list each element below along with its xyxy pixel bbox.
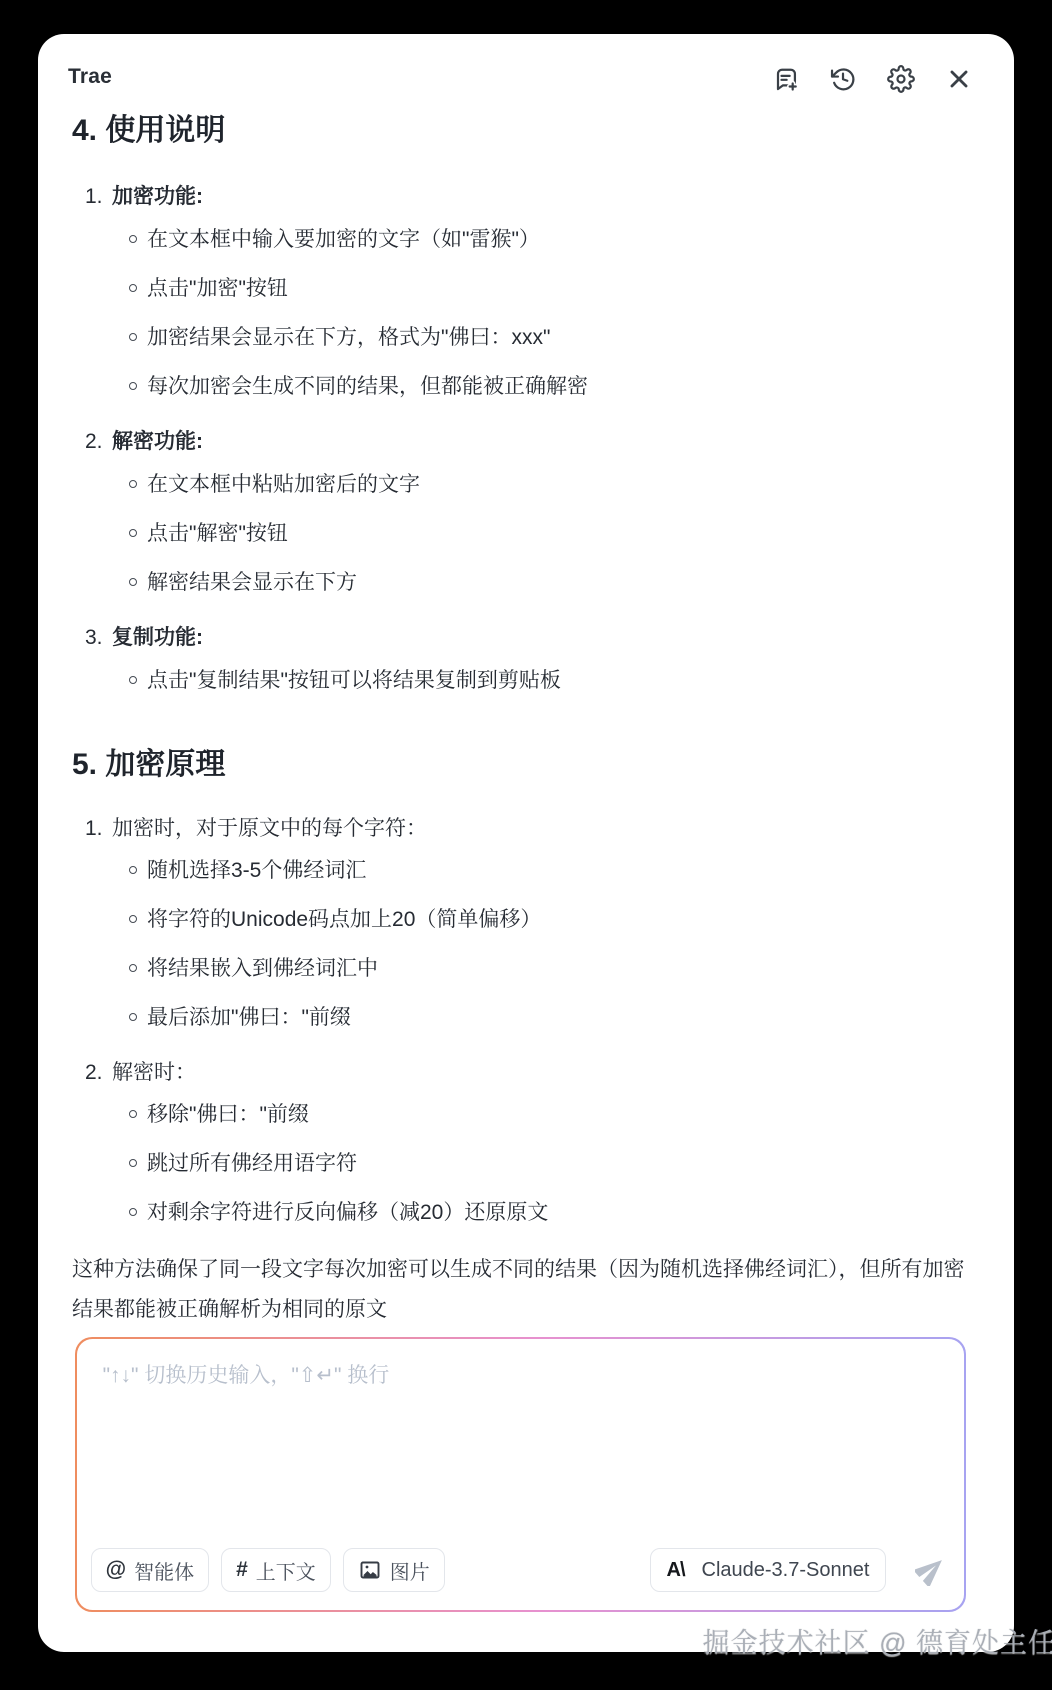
list-item-number: 2.: [85, 427, 112, 457]
list-item-number: 1.: [85, 814, 112, 844]
list-item-head: 1.加密功能:: [85, 182, 980, 212]
bullet-list: 点击"复制结果"按钮可以将结果复制到剪贴板: [85, 666, 980, 696]
send-button[interactable]: [914, 1553, 948, 1587]
bullet-icon: [129, 333, 137, 341]
bullet-item: 在文本框中输入要加密的文字（如"雷猴"）: [85, 225, 980, 255]
bullet-text: 最后添加"佛曰："前缀: [147, 1003, 351, 1033]
anthropic-logo-icon: A\: [667, 1559, 685, 1582]
bullet-list: 移除"佛曰："前缀跳过所有佛经用语字符对剩余字符进行反向偏移（减20）还原原文: [85, 1100, 980, 1228]
trae-chat-window: Trae: [38, 34, 1014, 1652]
image-icon: [358, 1558, 382, 1582]
model-name: Claude-3.7-Sonnet: [702, 1559, 870, 1582]
bullet-icon: [129, 284, 137, 292]
bullet-item: 点击"解密"按钮: [85, 519, 980, 549]
section-heading: 4. 使用说明: [72, 110, 980, 152]
list-item-number: 1.: [85, 182, 112, 212]
bullet-item: 每次加密会生成不同的结果，但都能被正确解密: [85, 372, 980, 402]
bullet-item: 将结果嵌入到佛经词汇中: [85, 954, 980, 984]
composer-button-label: 上下文: [256, 1556, 316, 1585]
list-item-head: 2.解密时：: [85, 1058, 980, 1088]
bullet-icon: [129, 676, 137, 684]
bullet-item: 解密结果会显示在下方: [85, 568, 980, 598]
section-heading: 5. 加密原理: [72, 744, 980, 786]
list-item-label: 加密时，对于原文中的每个字符：: [112, 814, 427, 844]
paper-plane-icon: [915, 1554, 947, 1586]
bullet-item: 将字符的Unicode码点加上20（简单偏移）: [85, 905, 980, 935]
bullet-icon: [129, 964, 137, 972]
bullet-icon: [129, 1159, 137, 1167]
bullet-text: 点击"解密"按钮: [147, 519, 288, 549]
bullet-text: 跳过所有佛经用语字符: [147, 1149, 357, 1179]
bullet-text: 将字符的Unicode码点加上20（简单偏移）: [147, 905, 541, 935]
bullet-item: 点击"复制结果"按钮可以将结果复制到剪贴板: [85, 666, 980, 696]
watermark-text: 掘金技术社区 @ 德育处主任: [703, 1621, 1052, 1660]
list-item: 1.加密功能:在文本框中输入要加密的文字（如"雷猴"）点击"加密"按钮加密结果会…: [72, 182, 980, 402]
list-item: 2.解密时：移除"佛曰："前缀跳过所有佛经用语字符对剩余字符进行反向偏移（减20…: [72, 1058, 980, 1228]
bullet-list: 在文本框中输入要加密的文字（如"雷猴"）点击"加密"按钮加密结果会显示在下方，格…: [85, 225, 980, 402]
bullet-icon: [129, 235, 137, 243]
chat-input[interactable]: [101, 1359, 941, 1549]
list-item-number: 3.: [85, 623, 112, 653]
list-item-head: 3.复制功能:: [85, 623, 980, 653]
bullet-icon: [129, 1013, 137, 1021]
bullet-item: 跳过所有佛经用语字符: [85, 1149, 980, 1179]
bullet-item: 最后添加"佛曰："前缀: [85, 1003, 980, 1033]
composer-toolbar: @智能体#上下文图片 A\ Claude-3.7-Sonnet: [77, 1548, 965, 1610]
composer-button-上下文[interactable]: #上下文: [221, 1548, 331, 1592]
bullet-list: 随机选择3-5个佛经词汇将字符的Unicode码点加上20（简单偏移）将结果嵌入…: [85, 856, 980, 1033]
list-item-label: 复制功能:: [112, 623, 203, 653]
bullet-icon: [129, 1110, 137, 1118]
model-selector[interactable]: A\ Claude-3.7-Sonnet: [650, 1548, 887, 1592]
bullet-text: 每次加密会生成不同的结果，但都能被正确解密: [147, 372, 588, 402]
bullet-text: 在文本框中粘贴加密后的文字: [147, 470, 420, 500]
bullet-icon: [129, 866, 137, 874]
list-item: 3.复制功能:点击"复制结果"按钮可以将结果复制到剪贴板: [72, 623, 980, 696]
bullet-icon: [129, 578, 137, 586]
bullet-text: 点击"加密"按钮: [147, 274, 288, 304]
composer-button-图片[interactable]: 图片: [343, 1548, 445, 1592]
bullet-item: 随机选择3-5个佛经词汇: [85, 856, 980, 886]
bullet-icon: [129, 382, 137, 390]
bullet-item: 移除"佛曰："前缀: [85, 1100, 980, 1130]
bullet-icon: [129, 1208, 137, 1216]
bullet-item: 对剩余字符进行反向偏移（减20）还原原文: [85, 1198, 980, 1228]
bullet-text: 随机选择3-5个佛经词汇: [147, 856, 366, 886]
bullet-text: 解密结果会显示在下方: [147, 568, 357, 598]
list-item: 2.解密功能:在文本框中粘贴加密后的文字点击"解密"按钮解密结果会显示在下方: [72, 427, 980, 598]
list-item-label: 解密功能:: [112, 427, 203, 457]
bullet-list: 在文本框中粘贴加密后的文字点击"解密"按钮解密结果会显示在下方: [85, 470, 980, 598]
bullet-text: 将结果嵌入到佛经词汇中: [147, 954, 378, 984]
list-item: 1.加密时，对于原文中的每个字符：随机选择3-5个佛经词汇将字符的Unicode…: [72, 814, 980, 1033]
bullet-icon: [129, 529, 137, 537]
bullet-text: 点击"复制结果"按钮可以将结果复制到剪贴板: [147, 666, 561, 696]
list-item-label: 解密时：: [112, 1058, 196, 1088]
list-item-number: 2.: [85, 1058, 112, 1088]
app-title: Trae: [68, 64, 112, 90]
chat-composer: @智能体#上下文图片 A\ Claude-3.7-Sonnet: [75, 1337, 966, 1612]
bullet-item: 点击"加密"按钮: [85, 274, 980, 304]
list-item-label: 加密功能:: [112, 182, 203, 212]
composer-button-label: 智能体: [134, 1556, 194, 1585]
bullet-text: 加密结果会显示在下方，格式为"佛曰：xxx": [147, 323, 550, 353]
bullet-text: 在文本框中输入要加密的文字（如"雷猴"）: [147, 225, 540, 255]
hash-icon: #: [236, 1558, 248, 1582]
bullet-item: 加密结果会显示在下方，格式为"佛曰：xxx": [85, 323, 980, 353]
bullet-text: 移除"佛曰："前缀: [147, 1100, 309, 1130]
bullet-icon: [129, 480, 137, 488]
composer-button-智能体[interactable]: @智能体: [91, 1548, 209, 1592]
bullet-icon: [129, 915, 137, 923]
composer-button-label: 图片: [390, 1556, 430, 1585]
closing-paragraph: 这种方法确保了同一段文字每次加密可以生成不同的结果（因为随机选择佛经词汇），但所…: [72, 1250, 980, 1322]
list-item-head: 2.解密功能:: [85, 427, 980, 457]
assistant-message-content: 4. 使用说明1.加密功能:在文本框中输入要加密的文字（如"雷猴"）点击"加密"…: [72, 90, 980, 1322]
at-icon: @: [106, 1558, 126, 1582]
bullet-item: 在文本框中粘贴加密后的文字: [85, 470, 980, 500]
list-item-head: 1.加密时，对于原文中的每个字符：: [85, 814, 980, 844]
bullet-text: 对剩余字符进行反向偏移（减20）还原原文: [147, 1198, 548, 1228]
